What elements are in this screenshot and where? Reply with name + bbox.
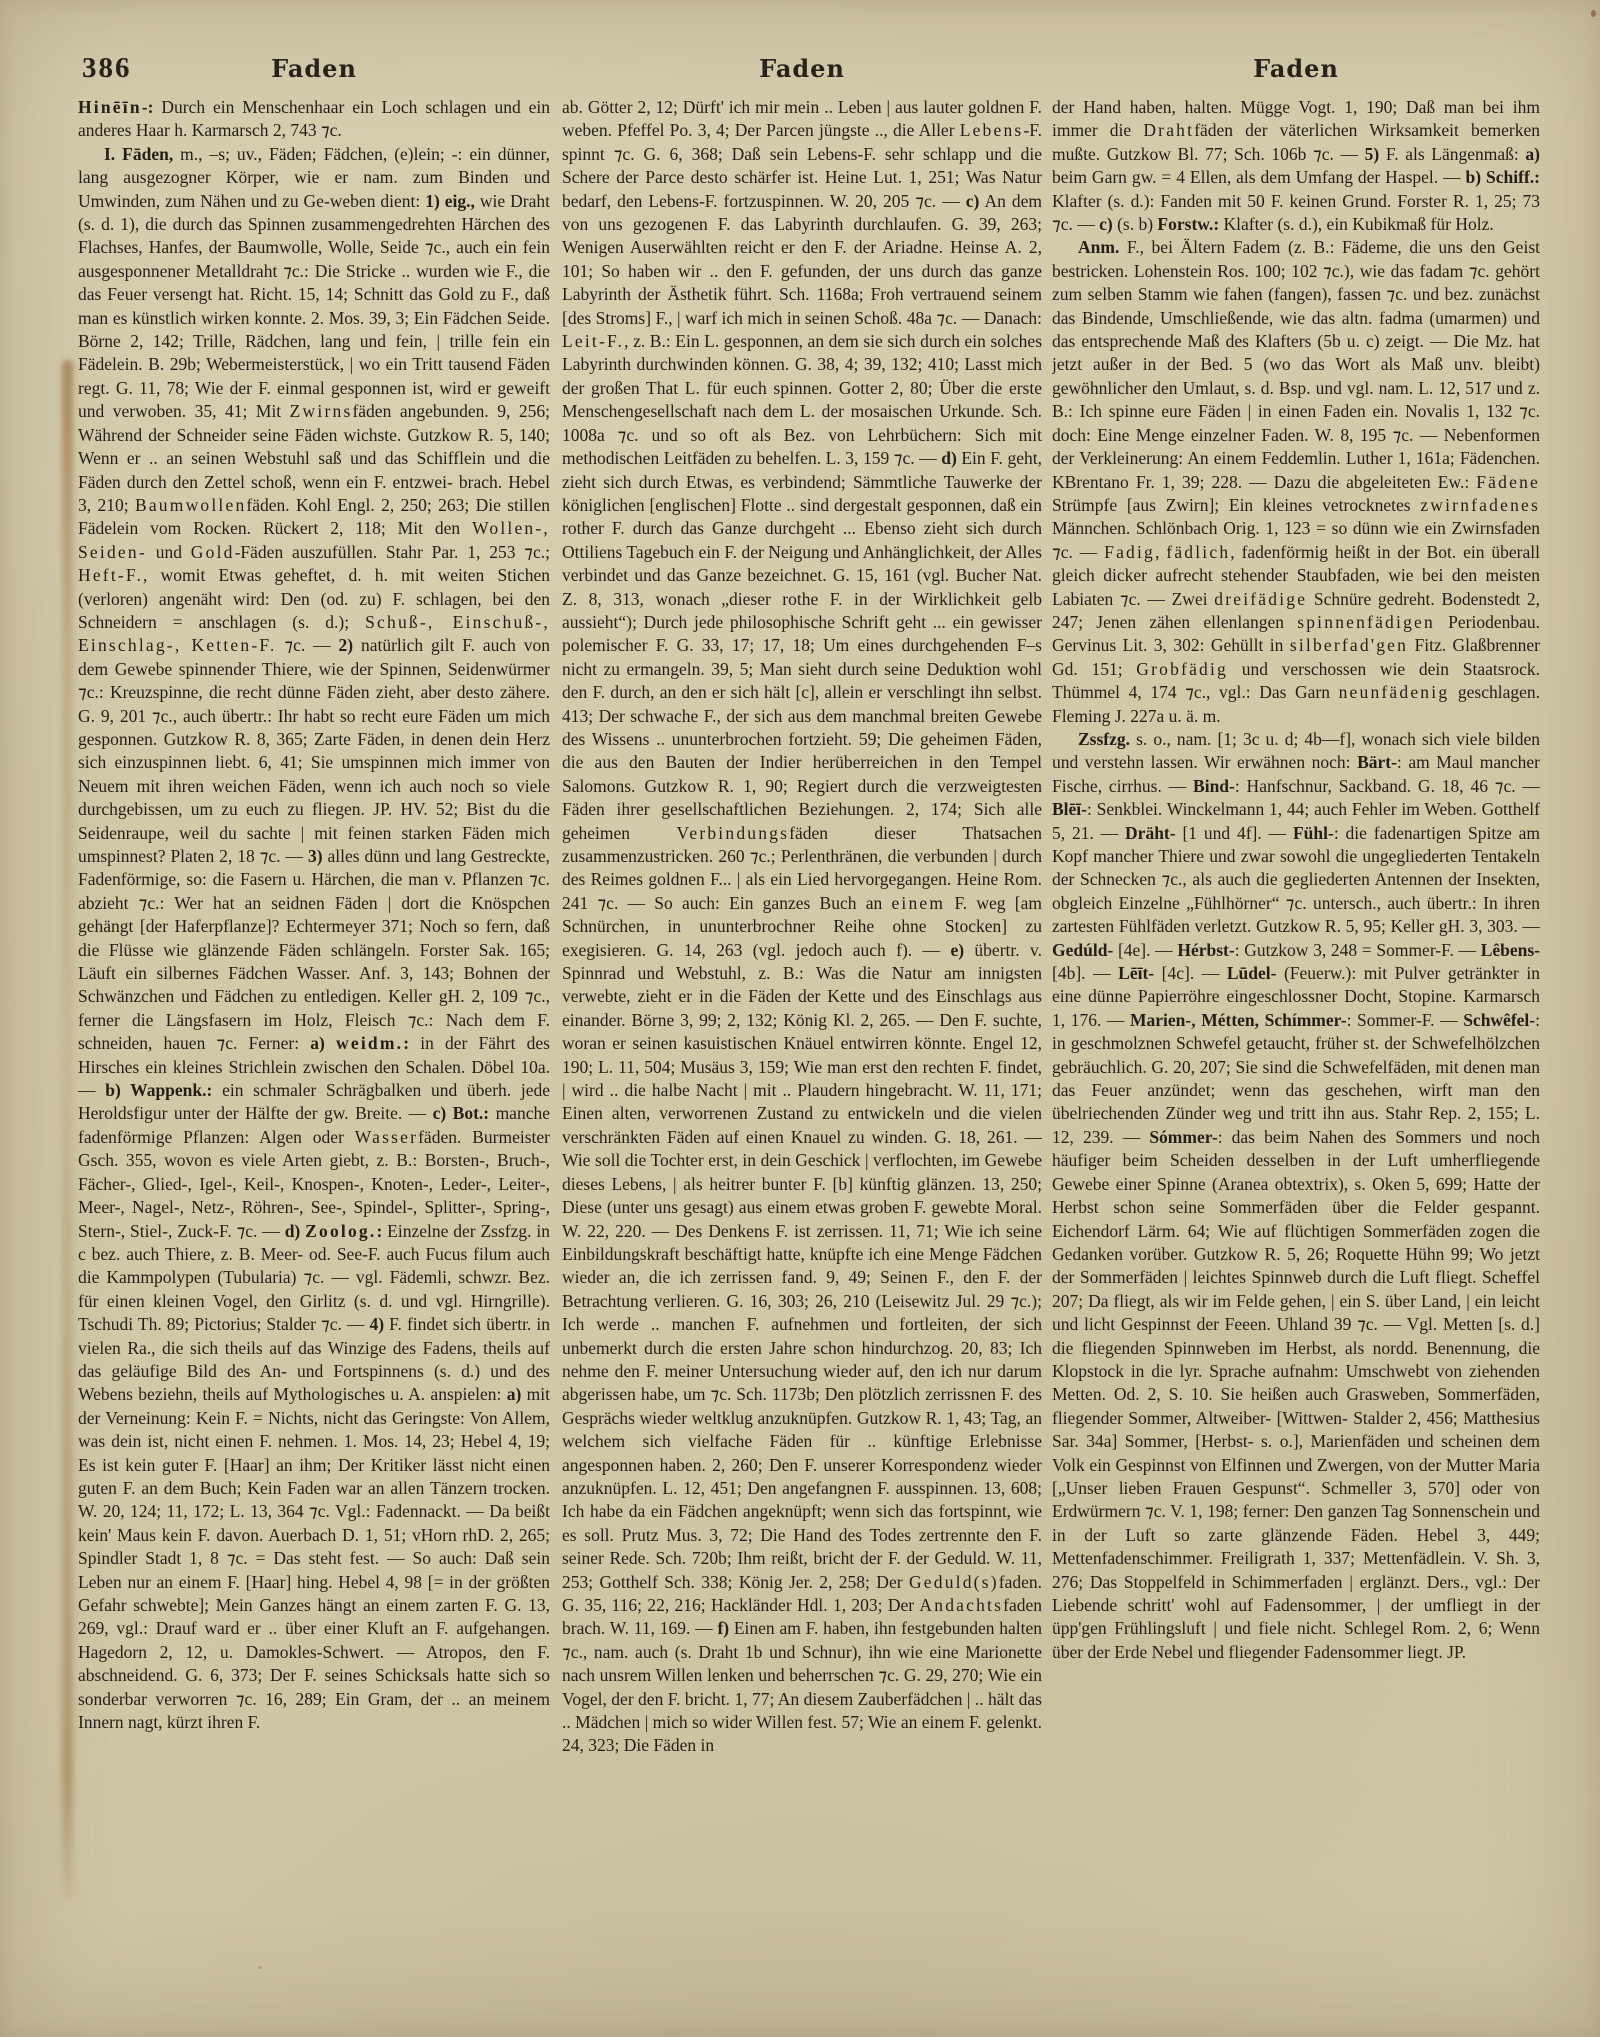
- text-column-3: der Hand haben, halten. Mügge Vogt. 1, 1…: [1052, 96, 1540, 1896]
- text-column-2: ab. Götter 2, 12; Dürft' ich mir mein ..…: [562, 96, 1042, 1896]
- running-head-column-1: Faden: [78, 54, 550, 83]
- paragraph: Anm. F., bei Ältern Fadem (z. B.: Fädeme…: [1052, 236, 1540, 728]
- foxing-speck: [1591, 10, 1596, 17]
- book-page: { "page": { "number": "386", "running_he…: [0, 0, 1600, 2037]
- page-header: 386 Faden Faden Faden: [0, 50, 1600, 86]
- page-stain: [62, 360, 73, 1900]
- paragraph: ab. Götter 2, 12; Dürft' ich mir mein ..…: [562, 96, 1042, 1758]
- paragraph: I. Fāden, m., –s; uv., Fäden; Fädchen, (…: [78, 143, 550, 1735]
- paragraph: Hinēīn-: Durch ein Menschenhaar ein Loch…: [78, 96, 550, 143]
- running-head-column-2: Faden: [562, 54, 1042, 83]
- paragraph: der Hand haben, halten. Mügge Vogt. 1, 1…: [1052, 96, 1540, 236]
- running-head-column-3: Faden: [1052, 54, 1540, 83]
- foxing-speck: [258, 1966, 262, 1969]
- text-column-1: Hinēīn-: Durch ein Menschenhaar ein Loch…: [78, 96, 550, 1896]
- paragraph: Zssfzg. s. o., nam. [1; 3c u. d; 4b—f], …: [1052, 728, 1540, 1664]
